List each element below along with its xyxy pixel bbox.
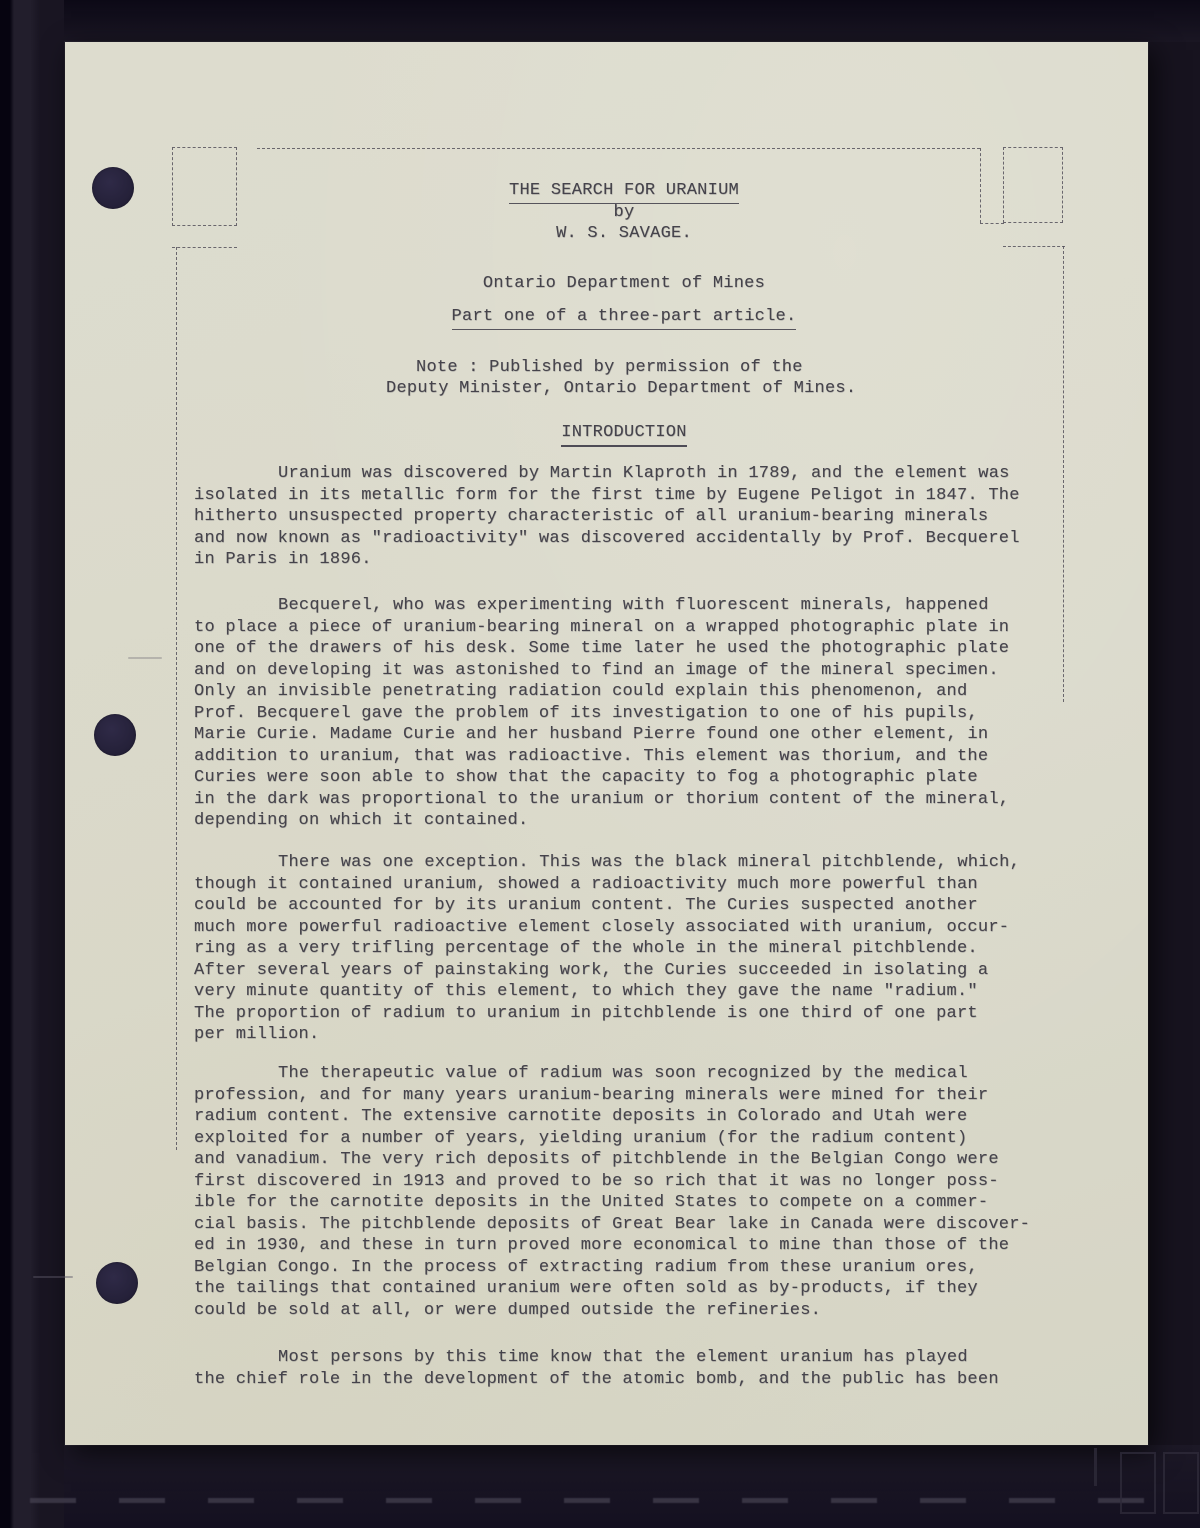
permission-note-line2: Deputy Minister, Ontario Department of M… (386, 378, 856, 400)
series-note-text: Part one of a three-part article. (452, 306, 797, 330)
scanned-page: THE SEARCH FOR URANIUM by W. S. SAVAGE. … (65, 42, 1148, 1445)
paragraph-4: The therapeutic value of radium was soon… (194, 1063, 1060, 1321)
binder-edge-shadow-bottom (0, 1445, 1200, 1528)
series-note: Part one of a three-part article. (194, 306, 1054, 330)
paragraph-3: There was one exception. This was the bl… (194, 852, 1060, 1046)
background-artifact-rect-2 (1163, 1452, 1199, 1514)
scan-background: THE SEARCH FOR URANIUM by W. S. SAVAGE. … (0, 0, 1200, 1528)
pencil-crop-mark-left-margin (176, 247, 177, 1150)
document-title: THE SEARCH FOR URANIUM (194, 180, 1054, 204)
binder-edge-shadow-left (0, 0, 64, 1528)
film-edge-marks (30, 1498, 1170, 1503)
pencil-crop-mark-underbox-right (1003, 246, 1065, 247)
section-heading: INTRODUCTION (194, 422, 1054, 447)
byline: by (194, 202, 1054, 224)
organization: Ontario Department of Mines (194, 273, 1054, 295)
punch-hole-bottom (96, 1262, 138, 1304)
background-artifact-line (1094, 1448, 1097, 1486)
document-title-text: THE SEARCH FOR URANIUM (509, 180, 739, 204)
background-scratch-left-mid (128, 657, 162, 659)
punch-hole-middle (94, 714, 136, 756)
pencil-crop-mark-right-margin (1063, 246, 1064, 702)
paragraph-1: Uranium was discovered by Martin Klaprot… (194, 463, 1060, 571)
binder-edge-shadow-top (0, 0, 1200, 42)
author: W. S. SAVAGE. (194, 223, 1054, 245)
paragraph-2: Becquerel, who was experimenting with fl… (194, 595, 1060, 832)
punch-hole-top (92, 167, 134, 209)
permission-note-line1: Note : Published by permission of the (416, 357, 803, 379)
pencil-crop-mark-underbox-left (172, 247, 237, 248)
paragraph-5: Most persons by this time know that the … (194, 1347, 1060, 1390)
pencil-crop-mark-top-line (257, 148, 980, 149)
section-heading-text: INTRODUCTION (561, 422, 686, 447)
background-artifact-rect-1 (1120, 1452, 1156, 1514)
background-scratch-left-lower (33, 1276, 73, 1278)
